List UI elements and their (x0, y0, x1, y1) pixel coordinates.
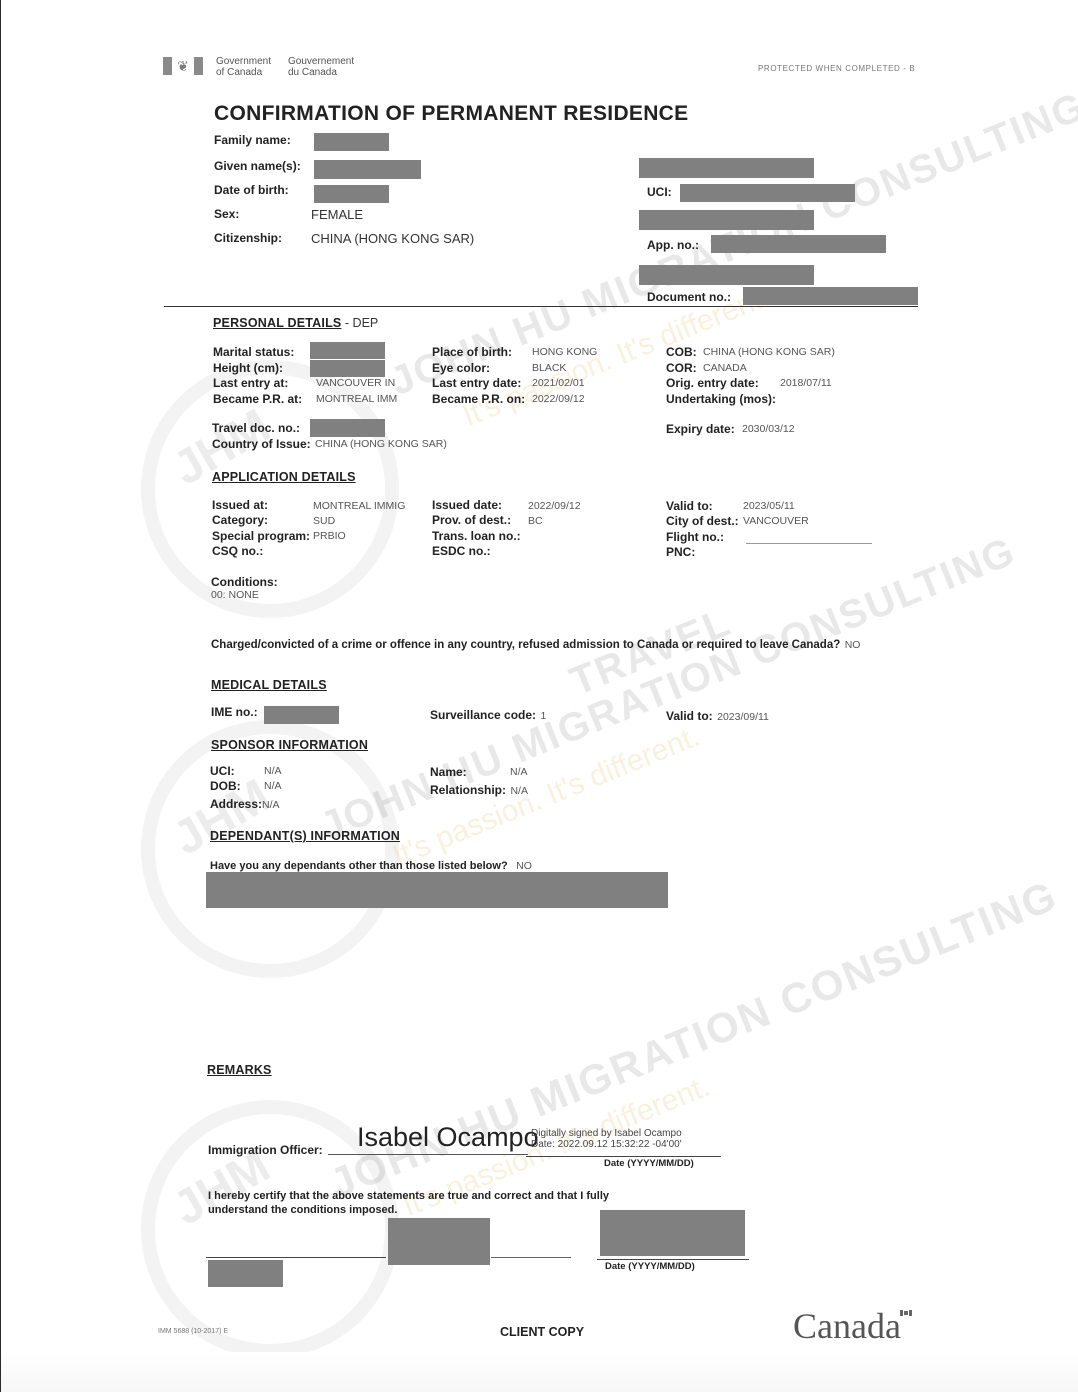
immigration-officer-label: Immigration Officer: (208, 1143, 323, 1157)
gov-en-line2: of Canada (216, 67, 271, 78)
watermark-logo-circle (141, 720, 399, 978)
sponsor-address: Address:N/A (210, 795, 280, 813)
sponsor-name-value: N/A (510, 766, 528, 778)
gov-fr-line2: du Canada (288, 67, 354, 78)
prov-dest-value: BC (528, 515, 543, 527)
sponsor-relationship-value: N/A (510, 785, 528, 797)
country-of-issue-label: Country of Issue: (212, 437, 311, 451)
canada-flag-icon: ❦ (163, 57, 203, 75)
sponsor-info-heading: SPONSOR INFORMATION (211, 738, 368, 752)
remarks-heading: REMARKS (207, 1063, 272, 1077)
certify-line1: I hereby certify that the above statemen… (208, 1190, 609, 1202)
orig-entry-date-label: Orig. entry date: (666, 376, 759, 390)
dob-label: Date of birth: (214, 183, 289, 197)
client-date-line (597, 1259, 749, 1260)
client-signature-redacted (388, 1218, 490, 1265)
digital-signature-line1: Digitally signed by Isabel Ocampo (531, 1128, 682, 1139)
sponsor-uci-value: N/A (264, 765, 282, 777)
ime-redacted (264, 706, 339, 724)
sponsor-address-value: N/A (262, 799, 280, 811)
flight-line (746, 543, 872, 544)
surveillance-value: 1 (541, 710, 547, 722)
criminal-question-text: Charged/convicted of a crime or offence … (211, 639, 840, 651)
valid-to-value: 2023/05/11 (743, 500, 795, 512)
sponsor-uci-label: UCI: (210, 764, 235, 778)
valid-to-label: Valid to: (666, 499, 713, 513)
certify-line2: understand the conditions imposed. (208, 1204, 397, 1216)
expiry-date-label: Expiry date: (666, 422, 735, 436)
digital-signature-line2: Date: 2022.09.12 15:32:22 -04'00' (531, 1139, 682, 1150)
medical-valid-to-value: 2023/09/11 (717, 711, 769, 723)
officer-date-line (526, 1156, 721, 1157)
application-details-heading: APPLICATION DETAILS (212, 470, 356, 484)
dependants-answer: NO (516, 860, 532, 872)
sponsor-relationship: Relationship: N/A (430, 781, 528, 799)
client-date-format: Date (YYYY/MM/DD) (605, 1261, 695, 1272)
watermark-text: JOHN HU MIGRATION CONSULTING (314, 529, 1022, 850)
client-date-redacted (600, 1210, 745, 1256)
officer-date-format: Date (YYYY/MM/DD) (604, 1158, 694, 1169)
issued-date-label: Issued date: (432, 498, 502, 512)
trans-loan-label: Trans. loan no.: (432, 529, 521, 543)
family-name-redacted (314, 133, 389, 151)
sponsor-relationship-label: Relationship: (430, 783, 506, 797)
csq-label: CSQ no.: (212, 544, 263, 558)
place-of-birth-label: Place of birth: (432, 345, 512, 359)
issued-date-value: 2022/09/12 (528, 500, 581, 512)
eye-color-value: BLACK (532, 362, 566, 374)
flight-label: Flight no.: (666, 530, 724, 544)
section-divider (164, 306, 918, 307)
officer-signature: Isabel Ocampo (357, 1122, 539, 1153)
height-redacted (310, 360, 385, 377)
barcode-redacted (639, 158, 814, 178)
pnc-label: PNC: (666, 545, 695, 559)
dependants-list-redacted (206, 872, 668, 908)
citizenship-label: Citizenship: (214, 231, 282, 245)
expiry-date-value: 2030/03/12 (742, 423, 795, 435)
client-signature-line (206, 1257, 386, 1258)
last-entry-at-value: VANCOUVER IN (316, 377, 395, 389)
gov-fr-line1: Gouvernement (288, 56, 354, 67)
document-no-redacted (743, 287, 918, 305)
esdc-label: ESDC no.: (432, 544, 491, 558)
last-entry-date-value: 2021/02/01 (532, 377, 585, 389)
barcode-redacted (639, 210, 814, 230)
became-pr-on-value: 2022/09/12 (532, 393, 585, 405)
protected-label: PROTECTED WHEN COMPLETED - B (758, 64, 915, 73)
form-code: IMM 5688 (10-2017) E (158, 1328, 228, 1335)
last-entry-date-label: Last entry date: (432, 376, 521, 390)
last-entry-at-label: Last entry at: (213, 376, 288, 390)
conditions-label: Conditions: (211, 575, 278, 589)
client-name-redacted (208, 1260, 283, 1287)
undertaking-label: Undertaking (mos): (666, 392, 776, 406)
canada-wordmark: Canada (793, 1305, 901, 1347)
surveillance-label: Surveillance code: (430, 708, 536, 722)
place-of-birth-value: HONG KONG (532, 346, 597, 358)
ime-label: IME no.: (211, 705, 258, 719)
issued-at-value: MONTREAL IMMIG (313, 500, 405, 512)
family-name-label: Family name: (214, 133, 291, 147)
prov-dest-label: Prov. of dest.: (432, 513, 511, 527)
cor-label: COR: (666, 361, 697, 375)
gov-en-line1: Government (216, 56, 271, 67)
client-signature-line-ext (491, 1257, 571, 1258)
given-names-redacted (314, 160, 421, 179)
medical-details-heading: MEDICAL DETAILS (211, 678, 327, 692)
travel-doc-redacted (310, 419, 385, 437)
sex-label: Sex: (214, 207, 239, 221)
special-program-value: PRBIO (313, 530, 346, 542)
given-names-label: Given name(s): (214, 159, 301, 173)
criminal-question: Charged/convicted of a crime or offence … (211, 635, 860, 653)
uci-label: UCI: (647, 185, 672, 199)
personal-details-suffix: - DEP (341, 316, 378, 330)
dependants-question-text: Have you any dependants other than those… (210, 860, 508, 872)
cob-label: COB: (666, 345, 697, 359)
app-no-label: App. no.: (647, 238, 699, 252)
document-title: CONFIRMATION OF PERMANENT RESIDENCE (214, 102, 688, 126)
special-program-label: Special program: (212, 529, 310, 543)
marital-status-label: Marital status: (213, 345, 294, 359)
issued-at-label: Issued at: (212, 498, 268, 512)
city-dest-label: City of dest.: (666, 514, 739, 528)
dependants-heading: DEPENDANT(S) INFORMATION (210, 829, 400, 843)
sponsor-dob-label: DOB: (210, 779, 241, 793)
travel-doc-label: Travel doc. no.: (212, 421, 300, 435)
cor-value: CANADA (703, 362, 747, 374)
barcode-redacted (639, 265, 814, 285)
personal-details-title: PERSONAL DETAILS (213, 316, 341, 330)
wordmark-flag-icon (900, 1310, 912, 1316)
document-no-label: Document no.: (647, 290, 731, 304)
document-page: JHM JHM JHM JOHN HU MIGRATION CONSULTING… (0, 0, 1078, 1392)
app-no-redacted (711, 235, 886, 253)
sponsor-dob-value: N/A (264, 780, 282, 792)
became-pr-at-label: Became P.R. at: (213, 392, 302, 406)
category-label: Category: (212, 513, 268, 527)
cob-value: CHINA (HONG KONG SAR) (703, 346, 835, 358)
citizenship-value: CHINA (HONG KONG SAR) (311, 231, 474, 246)
sponsor-name-label: Name: (430, 765, 467, 779)
height-label: Height (cm): (213, 361, 283, 375)
surveillance-code: Surveillance code: 1 (430, 706, 546, 724)
conditions-value: 00: NONE (211, 589, 259, 601)
gov-name-fr: Gouvernement du Canada (288, 56, 354, 78)
city-dest-value: VANCOUVER (743, 515, 809, 527)
orig-entry-date-value: 2018/07/11 (780, 377, 832, 389)
client-copy-label: CLIENT COPY (500, 1325, 584, 1339)
uci-redacted (680, 184, 855, 202)
digital-signature-meta: Digitally signed by Isabel Ocampo Date: … (531, 1128, 682, 1150)
page-bottom-shadow (1, 1352, 1078, 1392)
personal-details-heading: PERSONAL DETAILS - DEP (213, 316, 378, 330)
sex-value: FEMALE (311, 207, 363, 222)
dob-redacted (314, 185, 389, 203)
marital-status-redacted (310, 342, 385, 359)
category-value: SUD (313, 515, 335, 527)
country-of-issue-value: CHINA (HONG KONG SAR) (315, 438, 447, 450)
gov-name-en: Government of Canada (216, 56, 271, 78)
became-pr-at-value: MONTREAL IMM (316, 393, 397, 405)
became-pr-on-label: Became P.R. on: (432, 392, 525, 406)
criminal-answer: NO (845, 639, 861, 651)
officer-signature-line (328, 1154, 528, 1155)
eye-color-label: Eye color: (432, 361, 490, 375)
medical-valid-to: Valid to: 2023/09/11 (666, 707, 769, 725)
medical-valid-to-label: Valid to: (666, 709, 713, 723)
sponsor-address-label: Address: (210, 797, 262, 811)
